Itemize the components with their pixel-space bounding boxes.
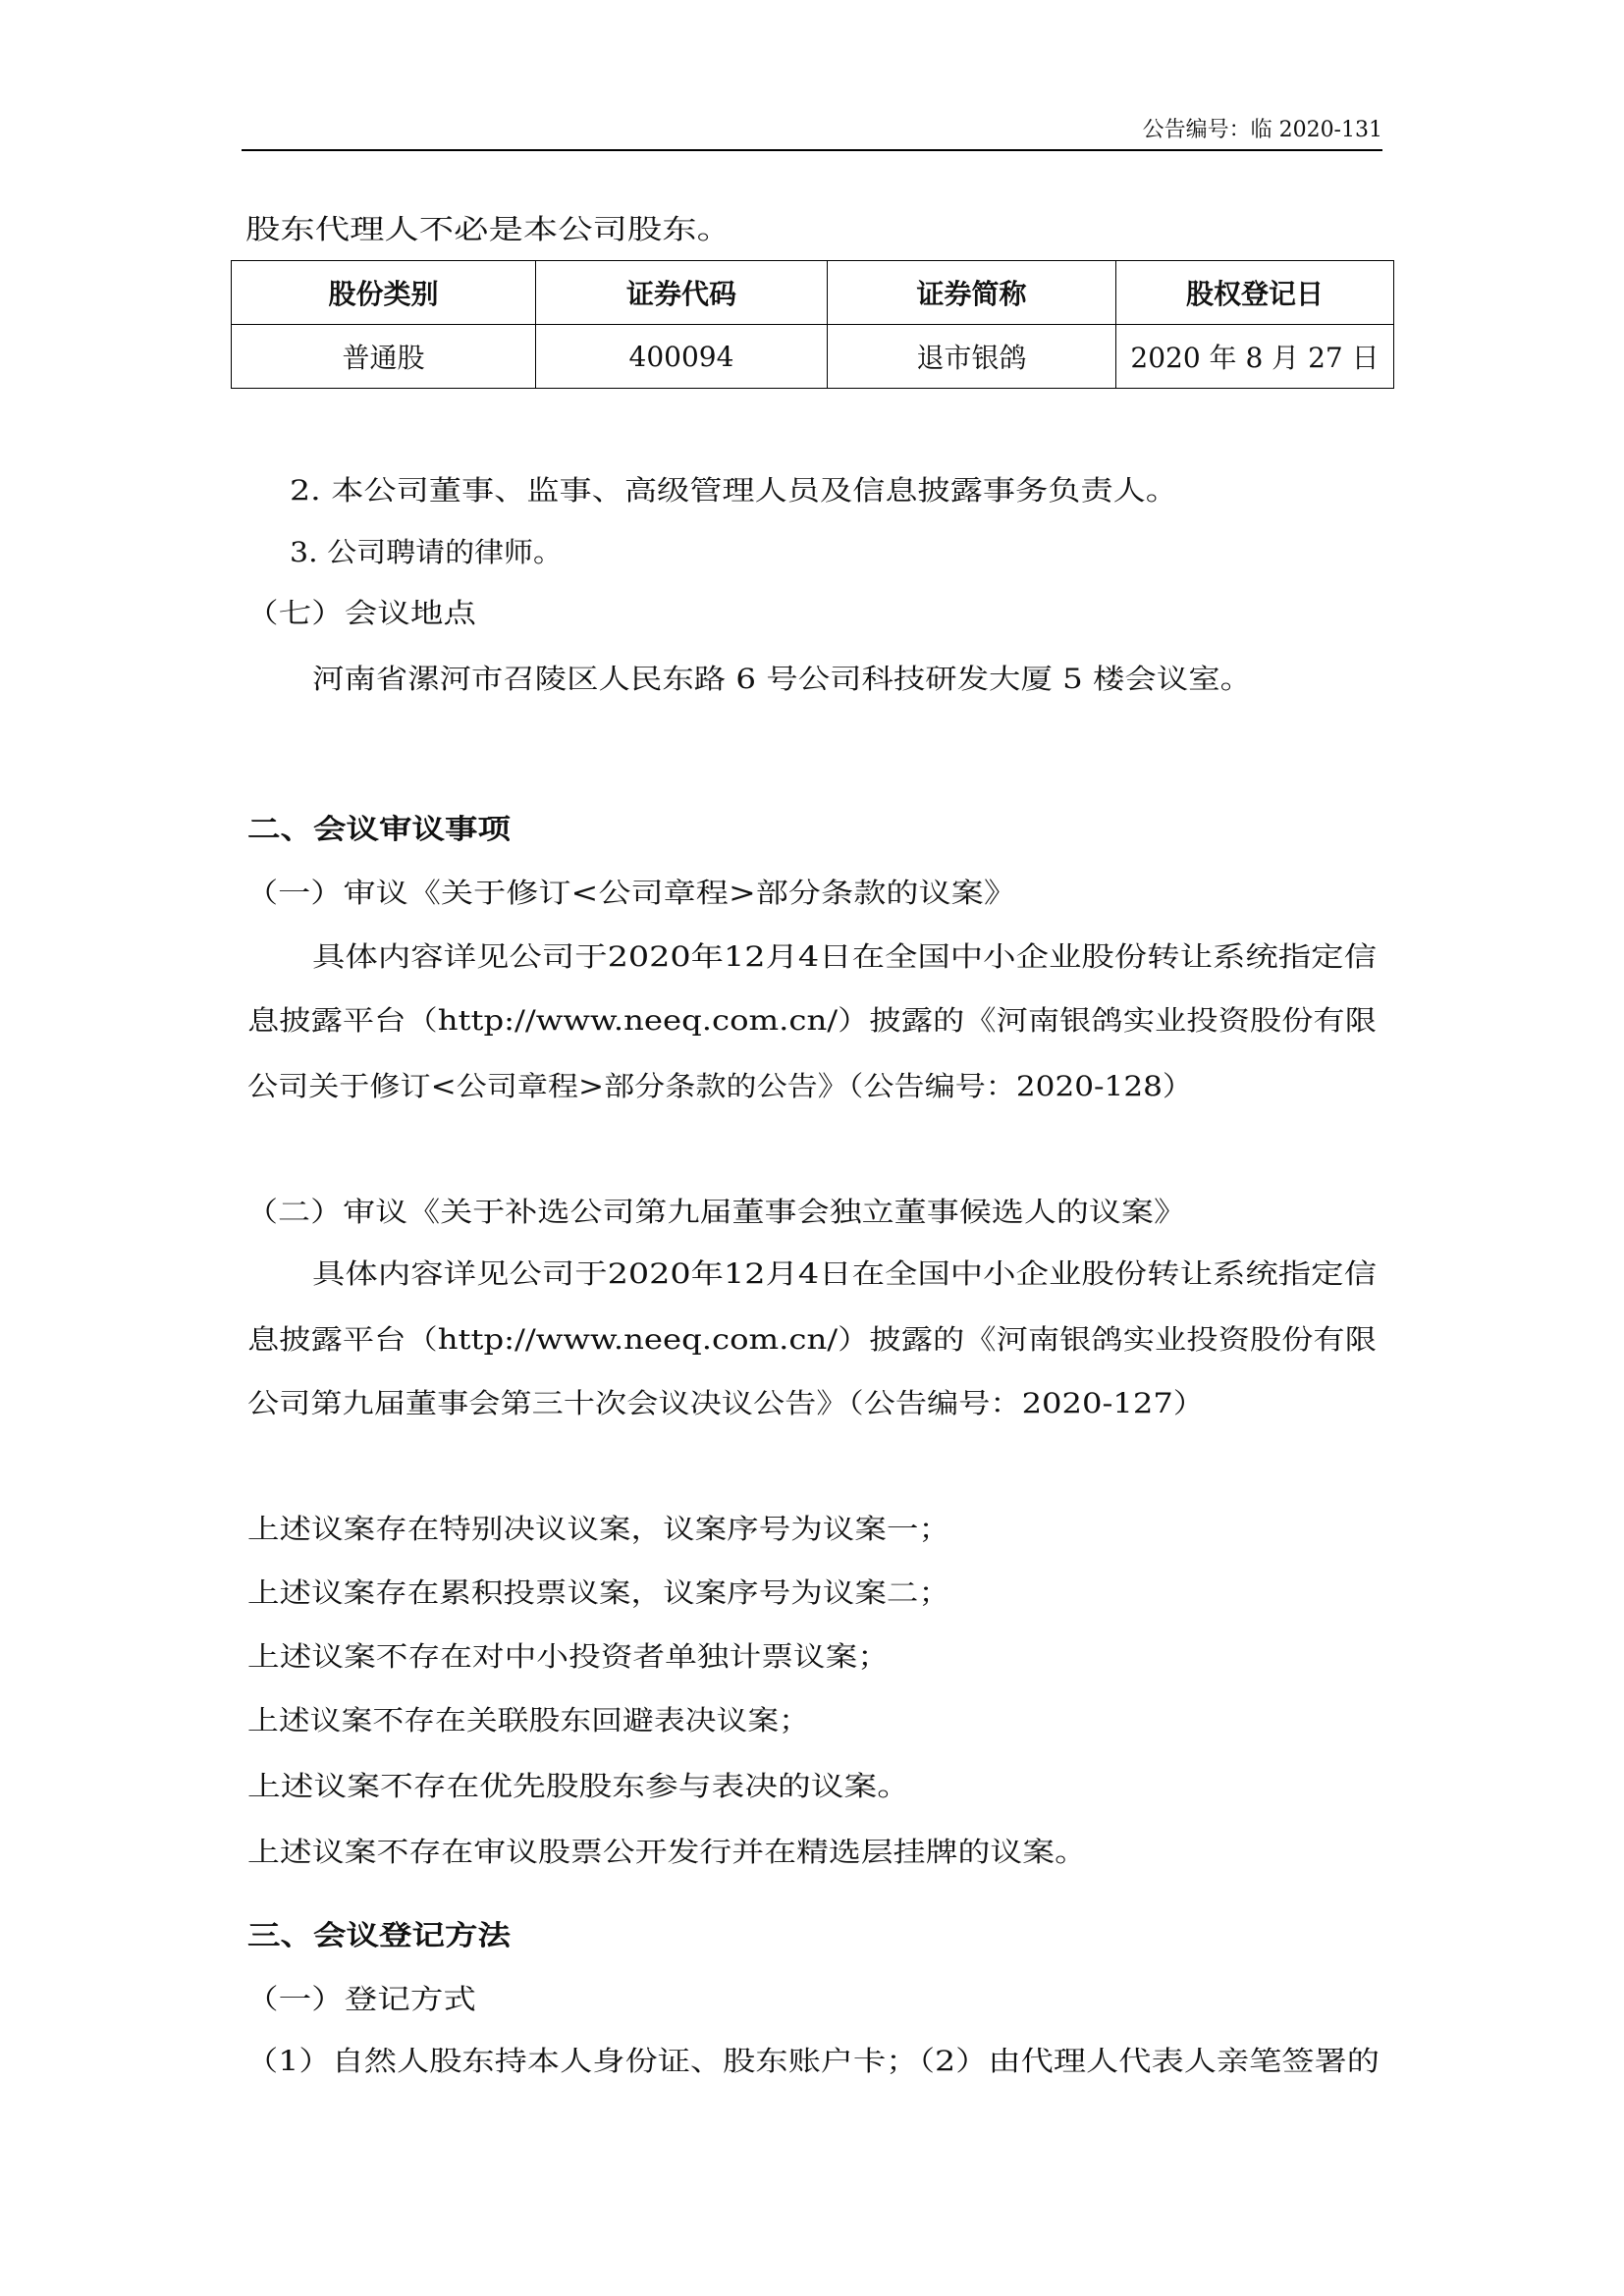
table-row: 普通股 400094 退市银鸽 2020 年 8 月 27 日 — [232, 325, 1394, 389]
proposal-1-line-2: 息披露平台（http://www.neeq.com.cn/）披露的《河南银鸽实业… — [247, 1004, 1226, 1038]
cell-security-code: 400094 — [536, 325, 828, 389]
venue-heading: （七）会议地点 — [245, 597, 438, 630]
col-security-abbr: 证券简称 — [828, 261, 1116, 325]
attendee-item-3: 3. 公司聘请的律师。 — [290, 536, 545, 569]
announcement-number: 公告编号：临 2020-131 — [1143, 118, 1382, 143]
section3-heading: 三、会议登记方法 — [247, 1919, 467, 1952]
table-header-row: 股份类别 证券代码 证券简称 股权登记日 — [232, 261, 1394, 325]
statement-3: 上述议案不存在对中小投资者单独计票议案； — [247, 1640, 797, 1674]
proposal-1-line-3: 公司关于修订<公司章程>部分条款的公告》（公告编号：2020-128） — [247, 1070, 1099, 1103]
col-record-date: 股权登记日 — [1116, 261, 1394, 325]
attendee-item-2: 2. 本公司董事、监事、高级管理人员及信息披露事务负责人。 — [290, 474, 1040, 507]
col-security-code: 证券代码 — [536, 261, 828, 325]
section3-subheading: （一）登记方式 — [245, 1983, 438, 2016]
registration-table: 股份类别 证券代码 证券简称 股权登记日 普通股 400094 退市银鸽 202… — [231, 260, 1394, 389]
section2-heading: 二、会议审议事项 — [247, 813, 467, 846]
statement-1: 上述议案存在特别决议议案，议案序号为议案一； — [247, 1513, 852, 1546]
cell-share-type: 普通股 — [232, 325, 536, 389]
proposal-2-title: （二）审议《关于补选公司第九届董事会独立董事候选人的议案》 — [245, 1196, 1043, 1229]
statement-5: 上述议案不存在优先股股东参与表决的议案。 — [247, 1770, 797, 1803]
statement-6: 上述议案不存在审议股票公开发行并在精选层挂牌的议案。 — [247, 1836, 962, 1869]
statement-2: 上述议案存在累积投票议案，议案序号为议案二； — [247, 1576, 852, 1610]
proposal-2-line-2: 息披露平台（http://www.neeq.com.cn/）披露的《河南银鸽实业… — [247, 1323, 1226, 1357]
proxy-note: 股东代理人不必是本公司股东。 — [245, 213, 630, 246]
registration-method-line-1: （1）自然人股东持本人身份证、股东账户卡；（2）由代理人代表人亲笔签署的 — [245, 2045, 1202, 2078]
proposal-1-title: （一）审议《关于修订<公司章程>部分条款的议案》 — [245, 877, 896, 910]
venue-address: 河南省漯河市召陵区人民东路 6 号公司科技研发大厦 5 楼会议室。 — [312, 663, 1124, 696]
proposal-2-line-3: 公司第九届董事会第三十次会议决议公告》（公告编号：2020-127） — [247, 1387, 1080, 1420]
cell-record-date: 2020 年 8 月 27 日 — [1116, 325, 1394, 389]
proposal-1-line-1: 具体内容详见公司于2020年12月4日在全国中小企业股份转让系统指定信 — [312, 940, 1205, 974]
header-rule — [242, 149, 1382, 151]
cell-security-abbr: 退市银鸽 — [828, 325, 1116, 389]
proposal-2-line-1: 具体内容详见公司于2020年12月4日在全国中小企业股份转让系统指定信 — [312, 1257, 1205, 1291]
statement-4: 上述议案不存在关联股东回避表决议案； — [247, 1704, 742, 1737]
col-share-type: 股份类别 — [232, 261, 536, 325]
